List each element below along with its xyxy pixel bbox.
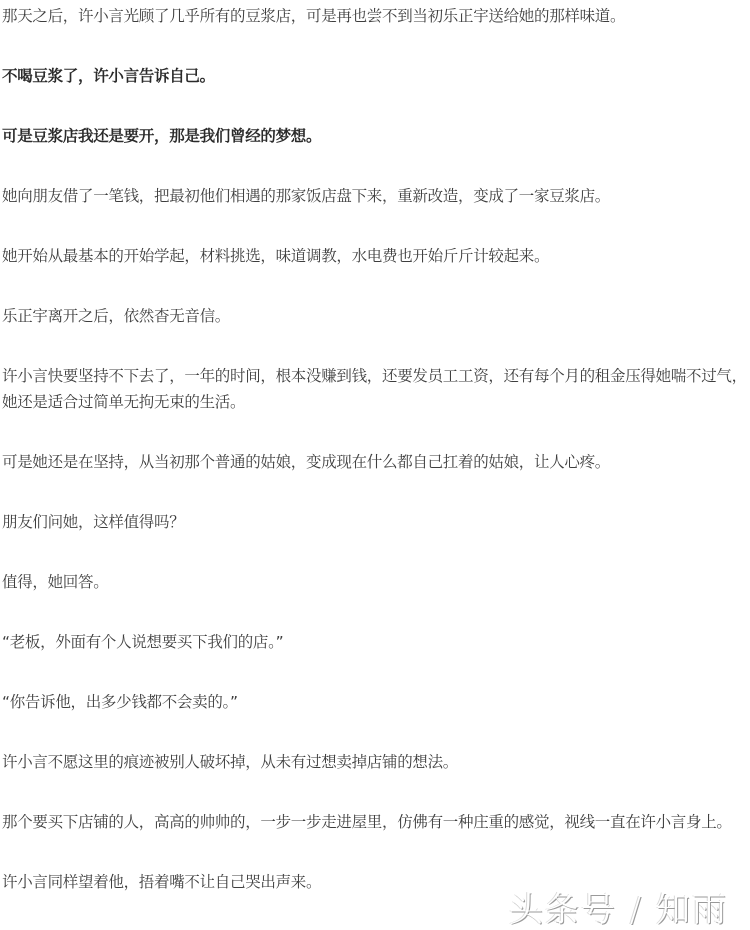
- paragraph-11-quote: “老板，外面有个人说想要买下我们的店。”: [2, 629, 748, 655]
- paragraph-6: 乐正宇离开之后，依然杳无音信。: [2, 303, 748, 329]
- paragraph-10: 值得，她回答。: [2, 569, 748, 595]
- paragraph-5: 她开始从最基本的开始学起，材料挑选，味道调教，水电费也开始斤斤计较起来。: [2, 243, 748, 269]
- paragraph-14: 那个要买下店铺的人，高高的帅帅的，一步一步走进屋里，仿佛有一种庄重的感觉，视线一…: [2, 809, 748, 835]
- paragraph-7: 许小言快要坚持不下去了，一年的时间，根本没赚到钱，还要发员工工资，还有每个月的租…: [2, 363, 748, 415]
- paragraph-1: 那天之后，许小言光顾了几乎所有的豆浆店，可是再也尝不到当初乐正宇送给她的那样味道…: [2, 3, 748, 29]
- paragraph-2-bold: 不喝豆浆了，许小言告诉自己。: [2, 63, 748, 89]
- source-watermark: 头条号 / 知雨: [509, 882, 728, 930]
- article-body: 那天之后，许小言光顾了几乎所有的豆浆店，可是再也尝不到当初乐正宇送给她的那样味道…: [2, 3, 748, 929]
- paragraph-13: 许小言不愿这里的痕迹被别人破坏掉，从未有过想卖掉店铺的想法。: [2, 749, 748, 775]
- paragraph-12-quote: “你告诉他，出多少钱都不会卖的。”: [2, 689, 748, 715]
- paragraph-3-bold: 可是豆浆店我还是要开，那是我们曾经的梦想。: [2, 123, 748, 149]
- paragraph-4: 她向朋友借了一笔钱，把最初他们相遇的那家饭店盘下来，重新改造，变成了一家豆浆店。: [2, 183, 748, 209]
- paragraph-8: 可是她还是在坚持，从当初那个普通的姑娘，变成现在什么都自己扛着的姑娘，让人心疼。: [2, 449, 748, 475]
- paragraph-9: 朋友们问她，这样值得吗？: [2, 509, 748, 535]
